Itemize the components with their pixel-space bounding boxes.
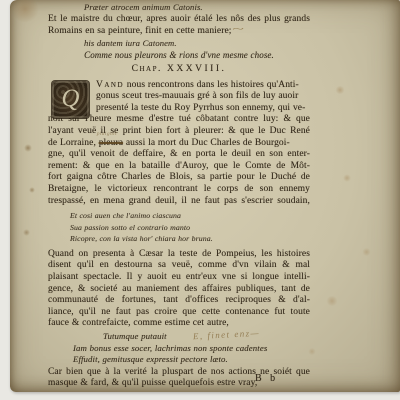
body-line: gonus sceut tres-mauuais gré à son fils … [96, 91, 310, 103]
body-line: Romains en sa peinture, finit en cette m… [48, 25, 310, 38]
signature-mark: B b [255, 373, 278, 384]
italian-verse: Et cosi auen che l'animo ciascuna Sua pa… [70, 211, 310, 246]
ornamental-initial: Q [52, 81, 89, 118]
body-line: Vand nous rencontrons dans les histoires… [96, 80, 310, 92]
interlinear-correction: plaignit [97, 131, 117, 137]
book-page: Præter atrocem animum Catonis. Et le mai… [10, 0, 400, 392]
verse-line: Tutumque putauitE, finet enz— [103, 331, 310, 343]
verse-line: Sua passion sotto el contrario manto [70, 223, 310, 235]
body-line: disent qu'il en destourna sa veuë, comme… [48, 260, 310, 272]
body-line: l'ayant veuë il se print bien fort à ple… [48, 126, 310, 138]
foxing-spot [362, 248, 371, 256]
verse-line: Et cosi auen che l'animo ciascuna [70, 211, 310, 223]
paragraph-1: Q Vand nous rencontrons dans les histoir… [48, 80, 310, 208]
chapter-label: Chap. [132, 64, 162, 74]
foxing-spot [335, 86, 345, 94]
body-line: trespassé, en mena grand deuil, il ne fa… [48, 196, 310, 208]
foxing-spot [326, 296, 338, 306]
foxing-spot [29, 187, 35, 193]
body-line: Quand on presenta à Cæsar la teste de Po… [48, 249, 310, 261]
body-line: Et le maistre du chœur, apres auoir étal… [48, 14, 310, 26]
chapter-number: XXXVIII. [167, 64, 226, 74]
body-line-text: aussi la mort du Duc Charles de Bourgoi- [123, 138, 290, 148]
foxing-spot [24, 144, 32, 152]
body-line: rement: & que en la bataille d'Auroy, qu… [48, 161, 310, 173]
paragraph-2: Quand on presenta à Cæsar la teste de Po… [48, 249, 310, 330]
chapter-heading: Chap. XXXVIII. [48, 64, 310, 76]
chapter-title: Comme nous pleurons & rions d'vne mesme … [48, 50, 310, 62]
body-line-text: de Lorraine, [48, 138, 99, 148]
book-scan: Præter atrocem animum Catonis. Et le mai… [0, 0, 400, 400]
body-line: fauce & contrefaicte, comme estime cet a… [48, 318, 310, 330]
foxing-spot [10, 0, 40, 22]
body-line: plaisant spectacle. Il y auoit eu entr'e… [48, 272, 310, 284]
struck-word: pleuraplaignit [99, 138, 123, 148]
body-line: gne, qu'il venoit de deffaire, & en port… [48, 149, 310, 161]
verse-line: Iam bonus esse socer, lachrimas non spon… [73, 343, 310, 355]
text-block: Præter atrocem animum Catonis. Et le mai… [48, 2, 310, 390]
foxing-spot [343, 174, 351, 182]
body-line-text: nous rencontrons dans les histoires qu'A… [124, 80, 299, 90]
smallcaps-word: Vand [96, 80, 124, 90]
handwritten-dash: ~ [232, 24, 247, 36]
latin-verse: Tutumque putauitE, finet enz— Iam bonus … [48, 331, 310, 366]
latin-quote-line: Præter atrocem animum Catonis. [84, 2, 310, 14]
body-line: communauté de fortunes, tant d'offices r… [48, 295, 310, 307]
body-line: Bretaigne, le victorieux rencontrant le … [48, 184, 310, 196]
marginal-handwriting: E, finet enz— [192, 328, 260, 342]
body-line: fort gaigna côtre Charles de Blois, sa p… [48, 172, 310, 184]
body-line: presenté la teste du Roy Pyrrhus son enn… [96, 103, 310, 115]
body-line: liance, qu'il ne faut pas croire que cet… [48, 307, 310, 319]
body-line-with-correction: de Lorraine, pleuraplaignit aussi la mor… [48, 138, 310, 150]
verse-line: Effudit, gemitusque expressit pectore læ… [73, 354, 310, 366]
struck-word-text: pleura [99, 138, 123, 148]
foxing-spot [23, 229, 30, 236]
verse-line-text: Tutumque putauit [103, 331, 167, 341]
latin-quote-line: his dantem iura Catonem. [84, 38, 310, 50]
body-line: gence, & societé au maniement des affair… [48, 284, 310, 296]
body-line-text: Romains en sa peinture, finit en cette m… [48, 26, 232, 36]
verse-line: Ricopre, con la vista hor' chiara hor br… [70, 234, 310, 246]
